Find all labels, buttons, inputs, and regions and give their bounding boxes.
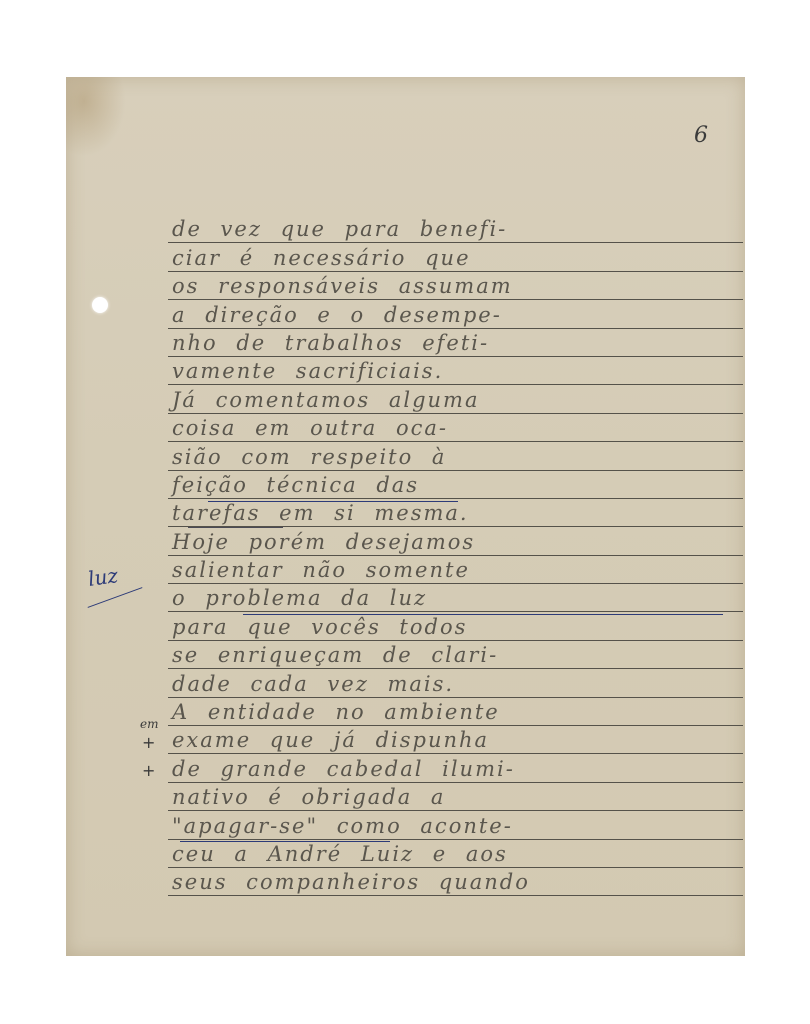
line-text: feição técnica das	[172, 473, 739, 497]
line-text: a direção e o desempe-	[172, 303, 739, 327]
text-line: seus companheiros quando	[168, 868, 743, 896]
margin-plus-mark-1: +	[142, 733, 155, 752]
text-line: nativo é obrigada a	[168, 783, 743, 811]
manuscript-page: 6 luz em + + de vez que para benefi- cia…	[66, 77, 745, 956]
paper-stain	[66, 77, 126, 157]
line-text: A entidade no ambiente	[172, 700, 739, 724]
line-text: o problema da luz	[172, 586, 739, 610]
line-text: os responsáveis assumam	[172, 274, 739, 298]
line-text: nho de trabalhos efeti-	[172, 331, 739, 355]
line-text: para que vocês todos	[172, 615, 739, 639]
text-line: A entidade no ambiente	[168, 698, 743, 726]
text-line: a direção e o desempe-	[168, 300, 743, 328]
punch-hole	[92, 297, 108, 313]
margin-note-em: em	[140, 717, 158, 731]
text-line: dade cada vez mais.	[168, 669, 743, 697]
line-text: Hoje porém desejamos	[172, 530, 739, 554]
line-text: de grande cabedal ilumi-	[172, 757, 739, 781]
text-line: Hoje porém desejamos	[168, 527, 743, 555]
text-line: salientar não somente	[168, 556, 743, 584]
text-line: coisa em outra oca-	[168, 414, 743, 442]
line-text: Já comentamos alguma	[172, 388, 739, 412]
text-line: exame que já dispunha	[168, 726, 743, 754]
line-text: de vez que para benefi-	[172, 217, 739, 241]
text-line: vamente sacrificiais.	[168, 357, 743, 385]
line-text: seus companheiros quando	[172, 870, 739, 894]
text-line: nho de trabalhos efeti-	[168, 329, 743, 357]
text-line: Já comentamos alguma	[168, 385, 743, 413]
line-text: nativo é obrigada a	[172, 785, 739, 809]
line-text: salientar não somente	[172, 558, 739, 582]
page-number: 6	[694, 123, 708, 148]
margin-note-underline	[88, 587, 143, 608]
text-line: feição técnica das	[168, 471, 743, 499]
text-line: ceu a André Luiz e aos	[168, 840, 743, 868]
margin-plus-mark-2: +	[142, 761, 155, 780]
text-line: de vez que para benefi-	[168, 215, 743, 243]
margin-note-luz: luz	[86, 563, 119, 591]
line-text: exame que já dispunha	[172, 728, 739, 752]
text-line: tarefas em si mesma.	[168, 499, 743, 527]
text-line: para que vocês todos	[168, 612, 743, 640]
text-line: os responsáveis assumam	[168, 272, 743, 300]
line-text: vamente sacrificiais.	[172, 359, 739, 383]
text-line: sião com respeito à	[168, 442, 743, 470]
ruled-text-lines: de vez que para benefi- ciar é necessári…	[168, 215, 743, 896]
text-line: se enriqueçam de clari-	[168, 641, 743, 669]
line-text: dade cada vez mais.	[172, 672, 739, 696]
text-line: de grande cabedal ilumi-	[168, 754, 743, 782]
line-text: se enriqueçam de clari-	[172, 643, 739, 667]
text-line: "apagar-se" como aconte-	[168, 811, 743, 839]
text-line: o problema da luz	[168, 584, 743, 612]
line-text: ciar é necessário que	[172, 246, 739, 270]
line-text: coisa em outra oca-	[172, 416, 739, 440]
line-text: sião com respeito à	[172, 445, 739, 469]
line-text: ceu a André Luiz e aos	[172, 842, 739, 866]
text-line: ciar é necessário que	[168, 243, 743, 271]
line-text: "apagar-se" como aconte-	[172, 814, 739, 838]
line-text: tarefas em si mesma.	[172, 501, 739, 525]
